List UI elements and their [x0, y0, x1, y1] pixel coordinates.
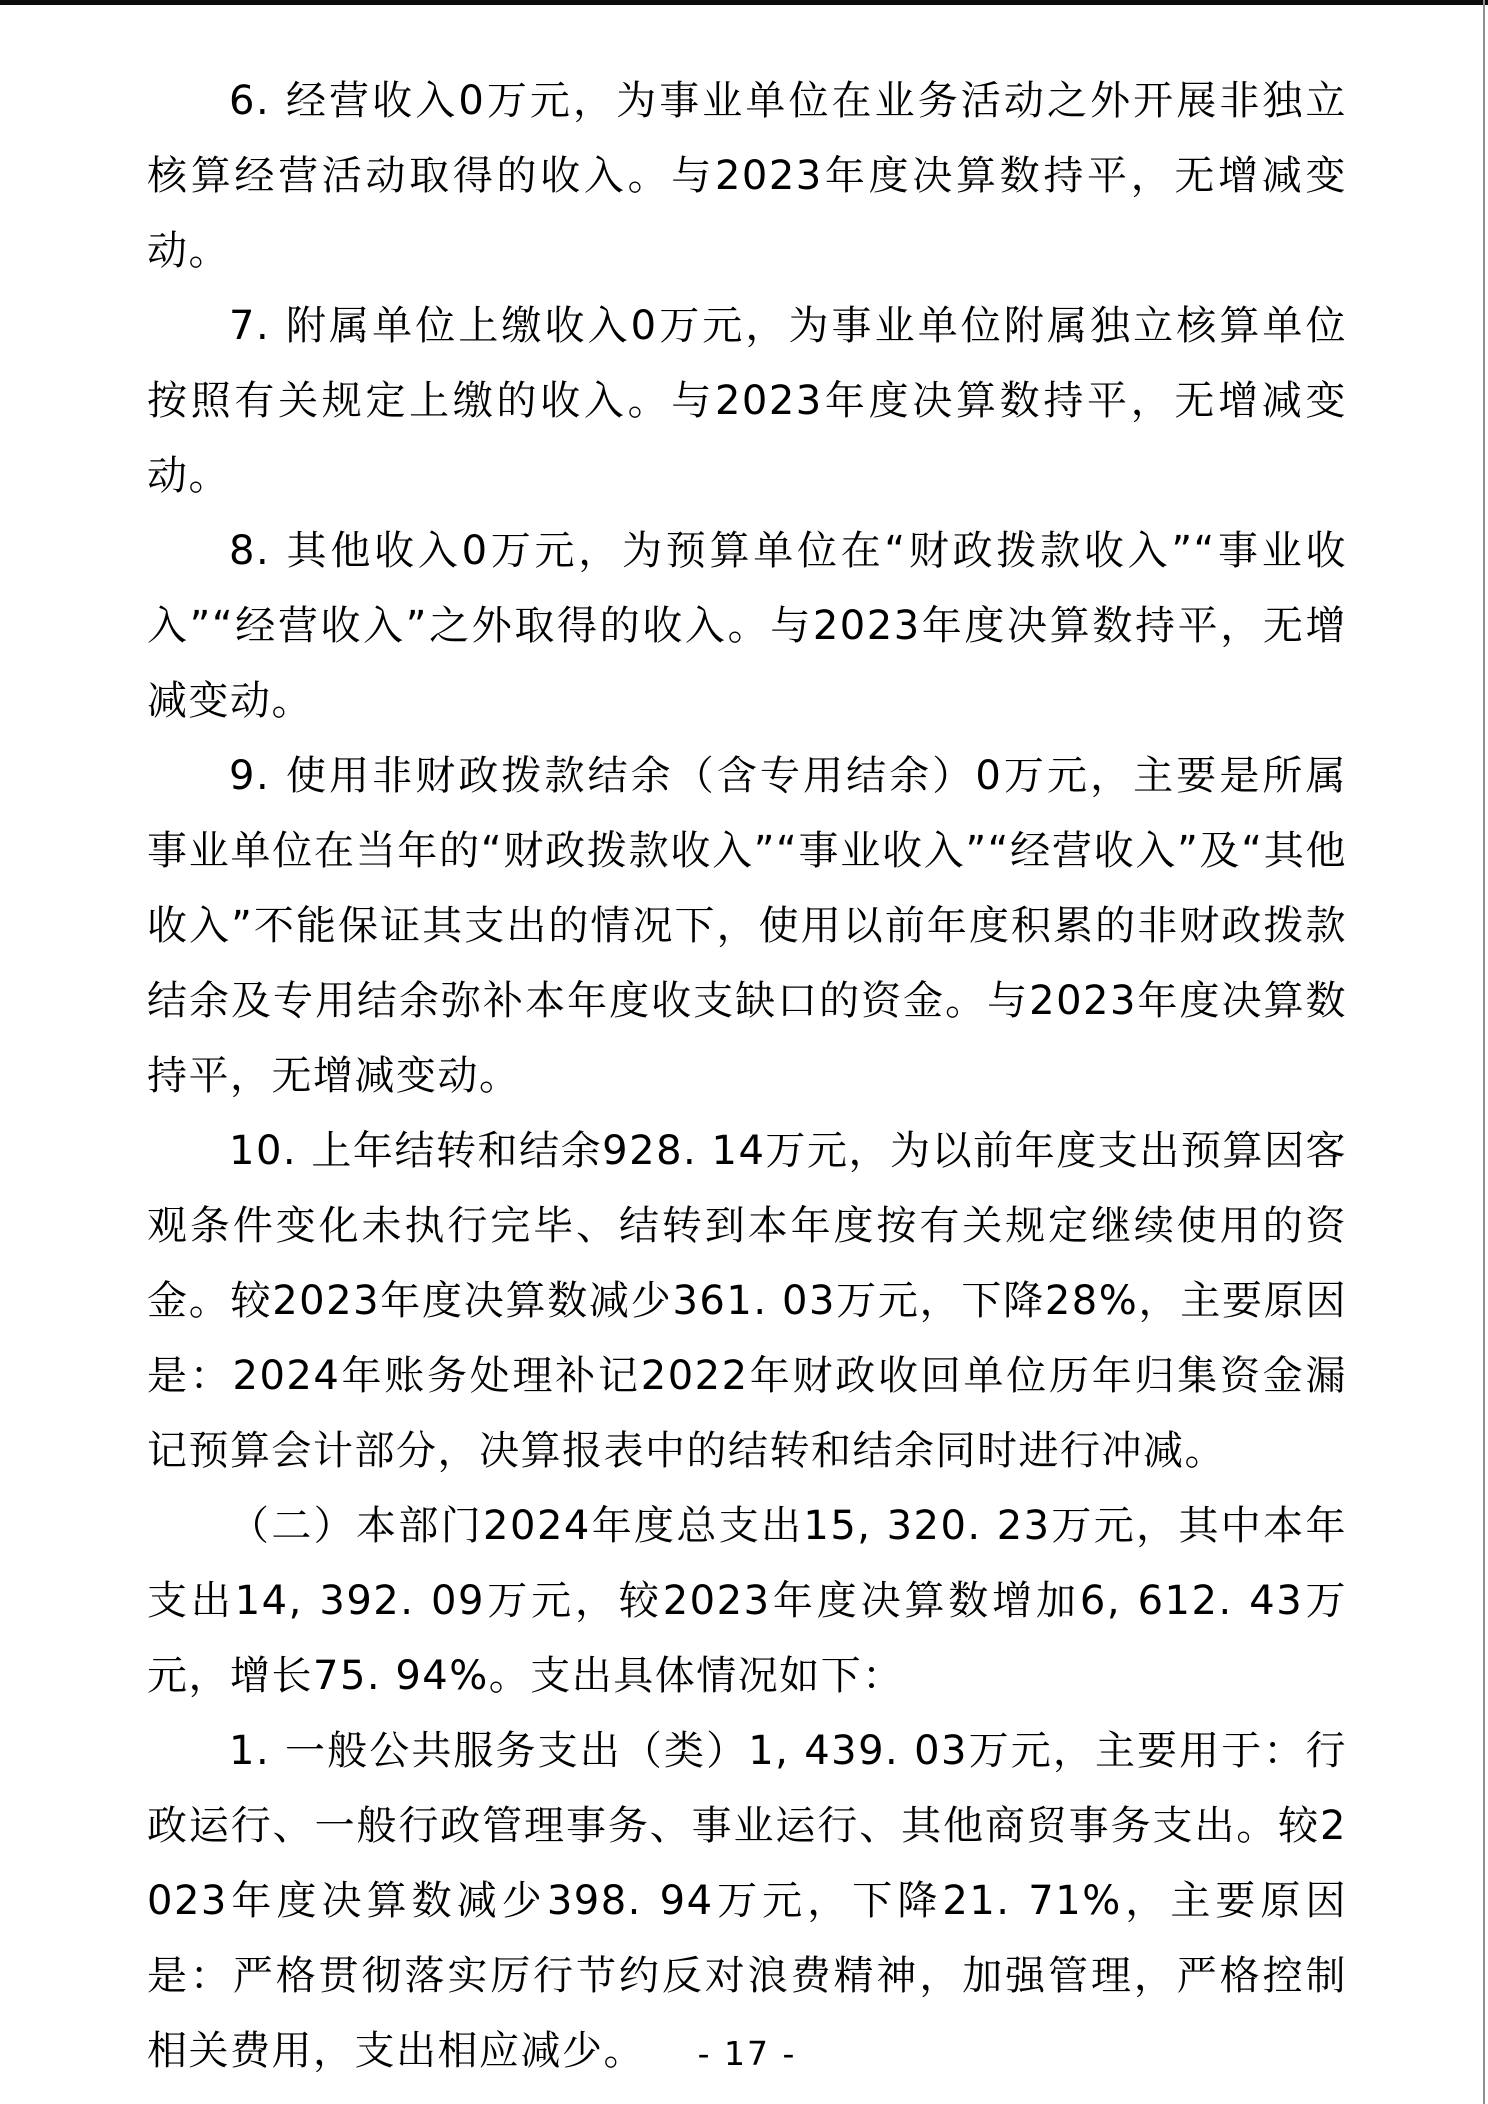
- paragraph-item-8-other-income: 8. 其他收入0万元，为预算单位在“财政拨款收入”“事业收入”“经营收入”之外取…: [147, 514, 1347, 739]
- page-right-rule: [1483, 0, 1485, 2104]
- document-body: 6. 经营收入0万元，为事业单位在业务活动之外开展非独立核算经营活动取得的收入。…: [147, 64, 1347, 2089]
- paragraph-item-9-non-fiscal-appropriation-surplus: 9. 使用非财政拨款结余（含专用结余）0万元，主要是所属事业单位在当年的“财政拨…: [147, 739, 1347, 1114]
- paragraph-item-1-general-public-services: 1. 一般公共服务支出（类）1, 439. 03万元，主要用于：行政运行、一般行…: [147, 1714, 1347, 2089]
- paragraph-item-10-prior-year-carryover: 10. 上年结转和结余928. 14万元，为以前年度支出预算因客观条件变化未执行…: [147, 1114, 1347, 1489]
- page-top-border: [0, 0, 1488, 5]
- paragraph-item-7-subordinate-unit-remittance-income: 7. 附属单位上缴收入0万元，为事业单位附属独立核算单位按照有关规定上缴的收入。…: [147, 289, 1347, 514]
- paragraph-item-6-operating-income: 6. 经营收入0万元，为事业单位在业务活动之外开展非独立核算经营活动取得的收入。…: [147, 64, 1347, 289]
- page-number: - 17 -: [147, 2034, 1347, 2073]
- paragraph-section-2-total-expenditure: （二）本部门2024年度总支出15, 320. 23万元，其中本年支出14, 3…: [147, 1489, 1347, 1714]
